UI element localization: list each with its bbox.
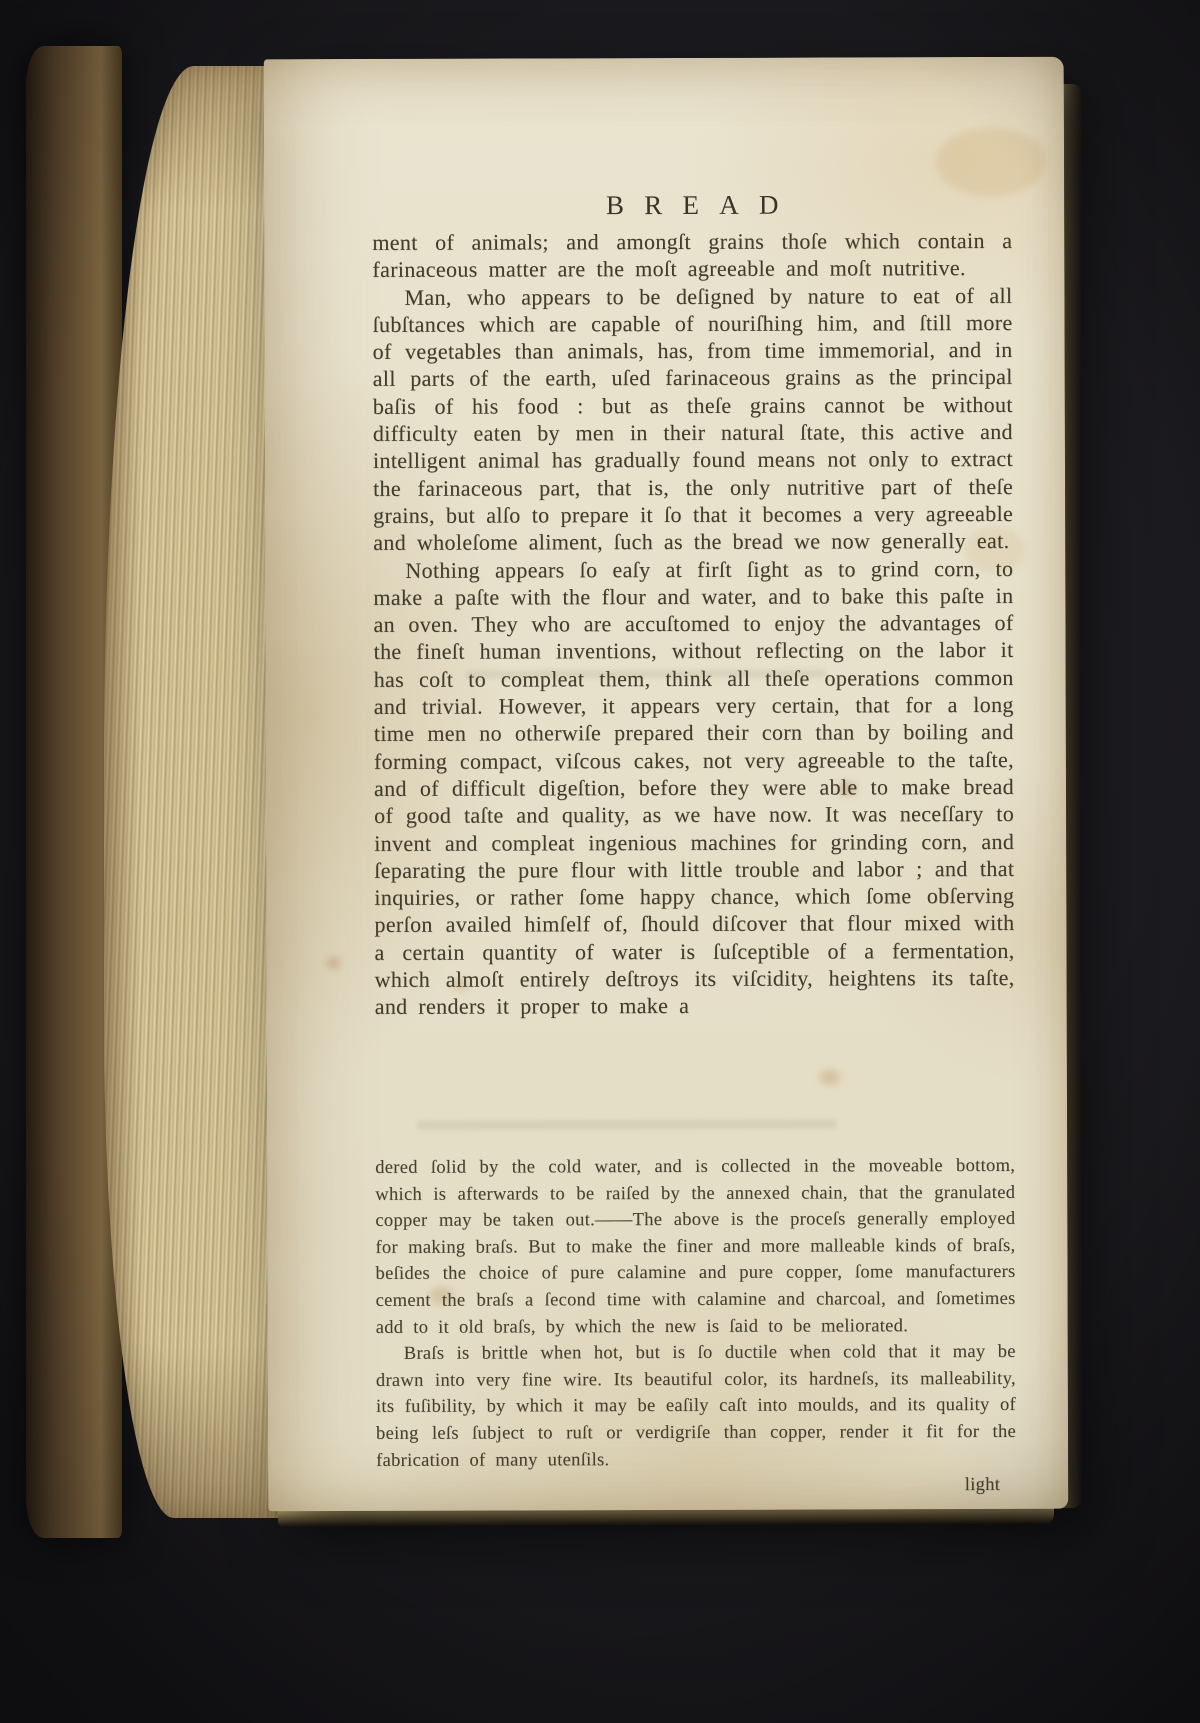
paragraph-nothing-appears: Nothing appears ſo eaſy at firſt ſight a…: [373, 554, 1014, 1020]
show-through: [417, 1119, 837, 1129]
paragraph-man-designed: Man, who appears to be deſigned by natur…: [372, 282, 1013, 557]
catchword: light: [376, 1472, 1016, 1501]
photo-backdrop: BREAD ment of animals; and amongſt grain…: [0, 0, 1200, 1723]
footnote-block: dered ſolid by the cold water, and is co…: [375, 1153, 1016, 1501]
page-edge-stack: [104, 66, 288, 1518]
page-header-title: BREAD: [372, 189, 1012, 222]
paper-stain: [327, 957, 341, 969]
paper-stain: [936, 127, 1046, 197]
footnote-paragraph-brass-properties: Braſs is brittle when hot, but is ſo duc…: [376, 1339, 1016, 1474]
paragraph-continuation: ment of animals; and amongſt grains thoſ…: [372, 227, 1012, 284]
main-text-block: ment of animals; and amongſt grains thoſ…: [372, 227, 1014, 1021]
book-page: BREAD ment of animals; and amongſt grain…: [264, 57, 1069, 1512]
paper-stain: [819, 1069, 841, 1085]
footnote-paragraph-brass-process: dered ſolid by the cold water, and is co…: [375, 1153, 1016, 1341]
